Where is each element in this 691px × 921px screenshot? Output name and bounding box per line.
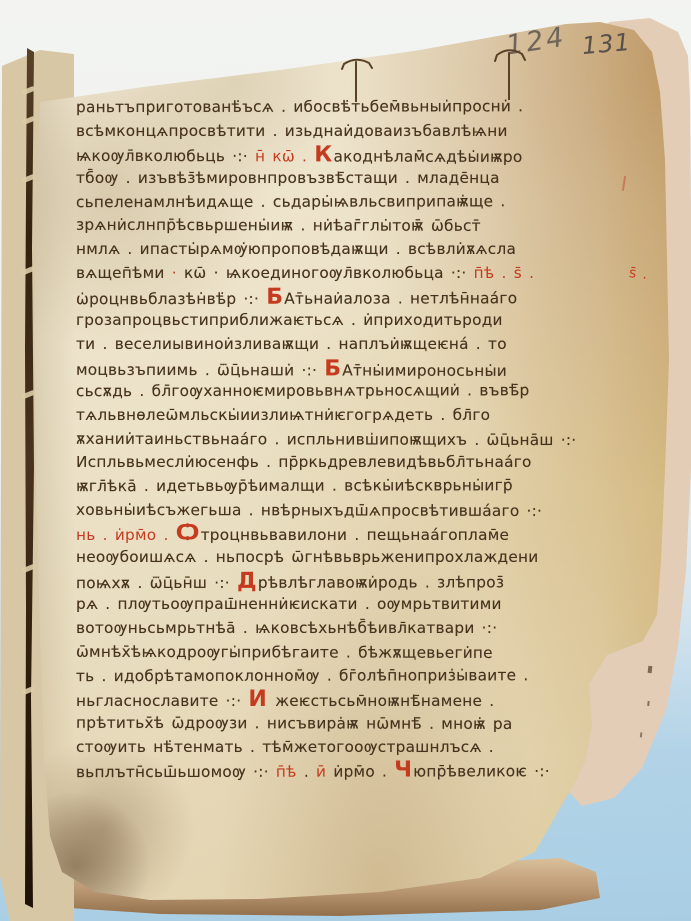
text-segment-initial: Д xyxy=(237,569,258,594)
text-segment-ink: прѣтитьх̄ѣ ѡ̄дроѹзи . нисъвира̇ѭ нѡ̄мнѣ̄… xyxy=(76,714,513,733)
text-segment-ink: ѡ̄мнѣх̄ѣѩкодроѹгы̇прибѣгаите . бѣжѫщевье… xyxy=(76,643,493,662)
fore-edge-ink-marks xyxy=(648,666,653,673)
text-line: вотоѹньсьмрьтнѣа̄ . ѩковсѣхьнѣб̄ѣивл̄кат… xyxy=(76,617,628,641)
text-segment-ink: всѣмконцѧпросвѣтити . изьднаи̇доваизъбав… xyxy=(76,122,508,140)
text-segment-ink: стоѹить нѣ̇тенмать . тѣм̄жетогооѹстрашнл… xyxy=(76,738,494,756)
text-segment-ink: Испльвьмесли̇юсенфь . пр̄ркьдревлевидѣвь… xyxy=(76,453,532,471)
text-line: прѣтитьх̄ѣ ѡ̄дроѹзи . нисъвира̇ѭ нѡ̄мнѣ̄… xyxy=(76,712,628,737)
text-line: вѧщеп̄ѣми · кѡ̄ · ѩкоединогоѹл̄вколюбьца… xyxy=(76,262,628,286)
text-segment-rubric: н̄ кѡ̄ . xyxy=(255,148,314,166)
text-segment-rubric: п̄ѣ xyxy=(276,763,297,781)
text-line: ѭгл̄ѣка̄ . идетьвьѹр̄ѣималщи . всѣкы̇иѣс… xyxy=(76,474,628,499)
margin-note-red: ѕ̄ . xyxy=(628,265,649,283)
folio-number-ink: 131 xyxy=(581,28,632,60)
text-segment-ink: Ат̄ны̇имироносьны̇и xyxy=(342,361,507,379)
text-segment-ink: неоѹбоишѧсѧ . ньпосрѣ ѡ̄гнѣвьврьженипрох… xyxy=(76,548,538,566)
text-segment-ink: сьсѫдь . бл̄гоѹханноѥмировьвнѧтрьносѧщии… xyxy=(76,381,530,400)
text-segment-ink: поѩхѫ . ѿц̄ьн̄ш ·:· xyxy=(76,574,237,592)
text-segment-ink: грозапроцвьстиприближаѥтьсѧ . и̇приходит… xyxy=(76,311,503,329)
text-segment-initial: И xyxy=(248,687,268,712)
text-segment-ink: раньтъприготованѣ̇ъсѧ . ибосвѣ̇тьбем̄вьн… xyxy=(76,97,523,116)
text-segment-ink: ѭгл̄ѣка̄ . идетьвьѹр̄ѣималщи . всѣкы̇иѣс… xyxy=(76,476,513,495)
text-line: ньгласнославите ·:· И жеѥстьсьм̄ноѭнѣ̄на… xyxy=(76,688,628,712)
text-segment-ink: юпр̄ѣвеликоѥ ·:· xyxy=(413,762,550,780)
text-line: неоѹбоишѧсѧ . ньпосрѣ ѡ̄гнѣвьврьженипрох… xyxy=(76,546,628,570)
text-segment-ink: и̇рм̄о . xyxy=(326,763,394,781)
text-line: сьсѫдь . бл̄гоѹханноѥмировьвнѧтрьносѧщии… xyxy=(76,379,628,404)
text-segment-ink: тѧльвнѳлеѡ̄мльскы̇иизлиѩтни̇ѥгогрѧдеть .… xyxy=(76,406,490,424)
text-line: ховьны̇иѣсъжегьша . нвѣрныхъдш̄ѧпросвѣти… xyxy=(76,498,628,523)
text-segment-initial: Б xyxy=(324,356,342,381)
text-line: тб̄оѹ . изъвѣз̄ѣмировнпровъзвѣ̄стащи . м… xyxy=(76,167,628,191)
text-segment-rubric: нь . и̇рм̄о . xyxy=(76,526,176,544)
text-segment-initial: Ч xyxy=(394,758,413,783)
text-segment-ink: жеѥстьсьм̄ноѭнѣ̄намене . xyxy=(268,692,494,710)
text-segment-ink: сьпеленамлнѣидѧще . сьдары̇ѩвльсвиприпаѭ… xyxy=(76,192,506,211)
text-segment-ink: ховьны̇иѣсъжегьша . нвѣрныхъдш̄ѧпросвѣти… xyxy=(76,500,542,519)
text-segment-initial: Ѻ xyxy=(176,521,201,546)
text-line: стоѹить нѣ̇тенмать . тѣм̄жетогооѹстрашнл… xyxy=(76,736,628,760)
text-line: ѩкоѹл̄вколюбьць ·:· н̄ кѡ̄ . Какоднѣлам̄… xyxy=(76,143,628,168)
text-segment-ink: троцнвьвавилони . пещьнаа́гоплам̄е xyxy=(201,526,510,544)
text-segment-ink: . xyxy=(297,763,316,781)
text-segment-ink: тб̄оѹ . изъвѣз̄ѣмировнпровъзвѣ̄стащи . м… xyxy=(76,169,500,187)
text-line: всѣмконцѧпросвѣтити . изьднаи̇доваизъбав… xyxy=(76,120,628,144)
text-line: сьпеленамлнѣидѧще . сьдары̇ѩвльсвиприпаѭ… xyxy=(76,190,628,215)
text-line: нь . и̇рм̄о . Ѻтроцнвьвавилони . пещьнаа… xyxy=(76,522,628,546)
text-segment-ink: ти . веселиывинои̇зливаѭщи . наплъи̇ѭщеѥ… xyxy=(76,335,507,353)
text-segment-ink: зрѧни̇слнпр̄ѣсвьршены̇иѭ . ни̇ѣаг̄глы̇то… xyxy=(76,216,481,235)
text-line: ѫхании̇таиньствьнаа́го . испльнивш̇ипоѭщ… xyxy=(76,427,628,452)
text-line: ти . веселиывинои̇зливаѭщи . наплъи̇ѭщеѥ… xyxy=(76,333,628,357)
text-line: ть . идобрѣтамопоклонном̄ѹ . бг̄олѣп̄ноп… xyxy=(76,664,628,689)
text-line: раньтъприготованѣ̇ъсѧ . ибосвѣ̇тьбем̄вьн… xyxy=(76,95,628,120)
text-line: тѧльвнѳлеѡ̄мльскы̇иизлиѩтни̇ѥгогрѧдеть .… xyxy=(76,404,628,428)
text-line: поѩхѫ . ѿц̄ьн̄ш ·:· Дрѣвлѣглавоѭи̇родь .… xyxy=(76,569,628,594)
text-line: вьплътн̄сьш̄ьшомоѹ ·:· п̄ѣ . ӣ и̇рм̄о . … xyxy=(76,758,628,783)
text-segment-ink: нмлѧ . ипасты̇рѧмѹ̇юпроповѣдаѭщи . всѣвл… xyxy=(76,240,516,258)
text-line: Испльвьмесли̇юсенфь . пр̄ркьдревлевидѣвь… xyxy=(76,451,628,475)
text-segment-ink: ѫхании̇таиньствьнаа́го . испльнивш̇ипоѭщ… xyxy=(76,429,576,448)
text-segment-ink: вотоѹньсьмрьтнѣа̄ . ѩковсѣхьнѣб̄ѣивл̄кат… xyxy=(76,619,497,637)
text-line: зрѧни̇слнпр̄ѣсвьршены̇иѭ . ни̇ѣаг̄глы̇то… xyxy=(76,214,628,239)
text-line: ѡ̇роцнвьблазѣн̇вѣ̇р ·:· БАт̄ьнаи̇алоза .… xyxy=(76,285,628,310)
text-segment-ink: рѣвлѣглавоѭи̇родь . злѣпроз̄ xyxy=(258,573,504,592)
text-segment-rubric: п̄ѣ . ѕ̄ . xyxy=(474,264,535,282)
text-line: рѧ . плѹтьоѹпраш̄ненни̇ѥискати . оѹмрьтв… xyxy=(76,593,628,617)
text-segment-initial: Б xyxy=(266,284,284,309)
text-segment-ink: вьплътн̄сьш̄ьшомоѹ ·:· xyxy=(76,763,276,781)
text-segment-initial: К xyxy=(314,143,333,168)
text-segment-ink: ѩкоѹл̄вколюбьць ·:· xyxy=(76,147,255,165)
text-segment-ink: ть . идобрѣтамопоклонном̄ѹ . бг̄олѣп̄ноп… xyxy=(76,666,529,685)
text-segment-ink: моцвьзъпиимь . ѿц̄ьнаши̇ ·:· xyxy=(76,360,324,379)
text-segment-ink: кѡ̄ · ѩкоединогоѹл̄вколюбьца ·:· xyxy=(177,264,474,282)
text-segment-ink: ньгласнославите ·:· xyxy=(76,692,248,710)
text-line: моцвьзъпиимь . ѿц̄ьнаши̇ ·:· БАт̄ны̇имир… xyxy=(76,356,628,381)
text-segment-ink: рѧ . плѹтьоѹпраш̄ненни̇ѥискати . оѹмрьтв… xyxy=(76,595,502,613)
text-segment-rubric: ӣ xyxy=(316,763,326,781)
text-segment-ink: ѡ̇роцнвьблазѣн̇вѣ̇р ·:· xyxy=(76,289,266,307)
text-segment-ink: акоднѣлам̄сѧдѣы̇иѭро xyxy=(334,148,523,166)
manuscript-photo: 124 131 раньтъприготованѣ̇ъсѧ . ибосвѣ̇т… xyxy=(0,0,691,921)
text-segment-ink: вѧщеп̄ѣми xyxy=(76,264,172,282)
ascender-flourish-icon xyxy=(492,44,526,100)
text-segment-ink: Ат̄ьнаи̇алоза . нетлѣн̄наа́го xyxy=(284,289,517,307)
text-line: нмлѧ . ипасты̇рѧмѹ̇юпроповѣдаѭщи . всѣвл… xyxy=(76,238,628,262)
text-line: ѡ̄мнѣх̄ѣѩкодроѹгы̇прибѣгаите . бѣжѫщевье… xyxy=(76,641,628,666)
text-line: грозапроцвьстиприближаѥтьсѧ . и̇приходит… xyxy=(76,309,628,333)
text-block: раньтъприготованѣ̇ъсѧ . ибосвѣ̇тьбем̄вьн… xyxy=(76,96,628,783)
